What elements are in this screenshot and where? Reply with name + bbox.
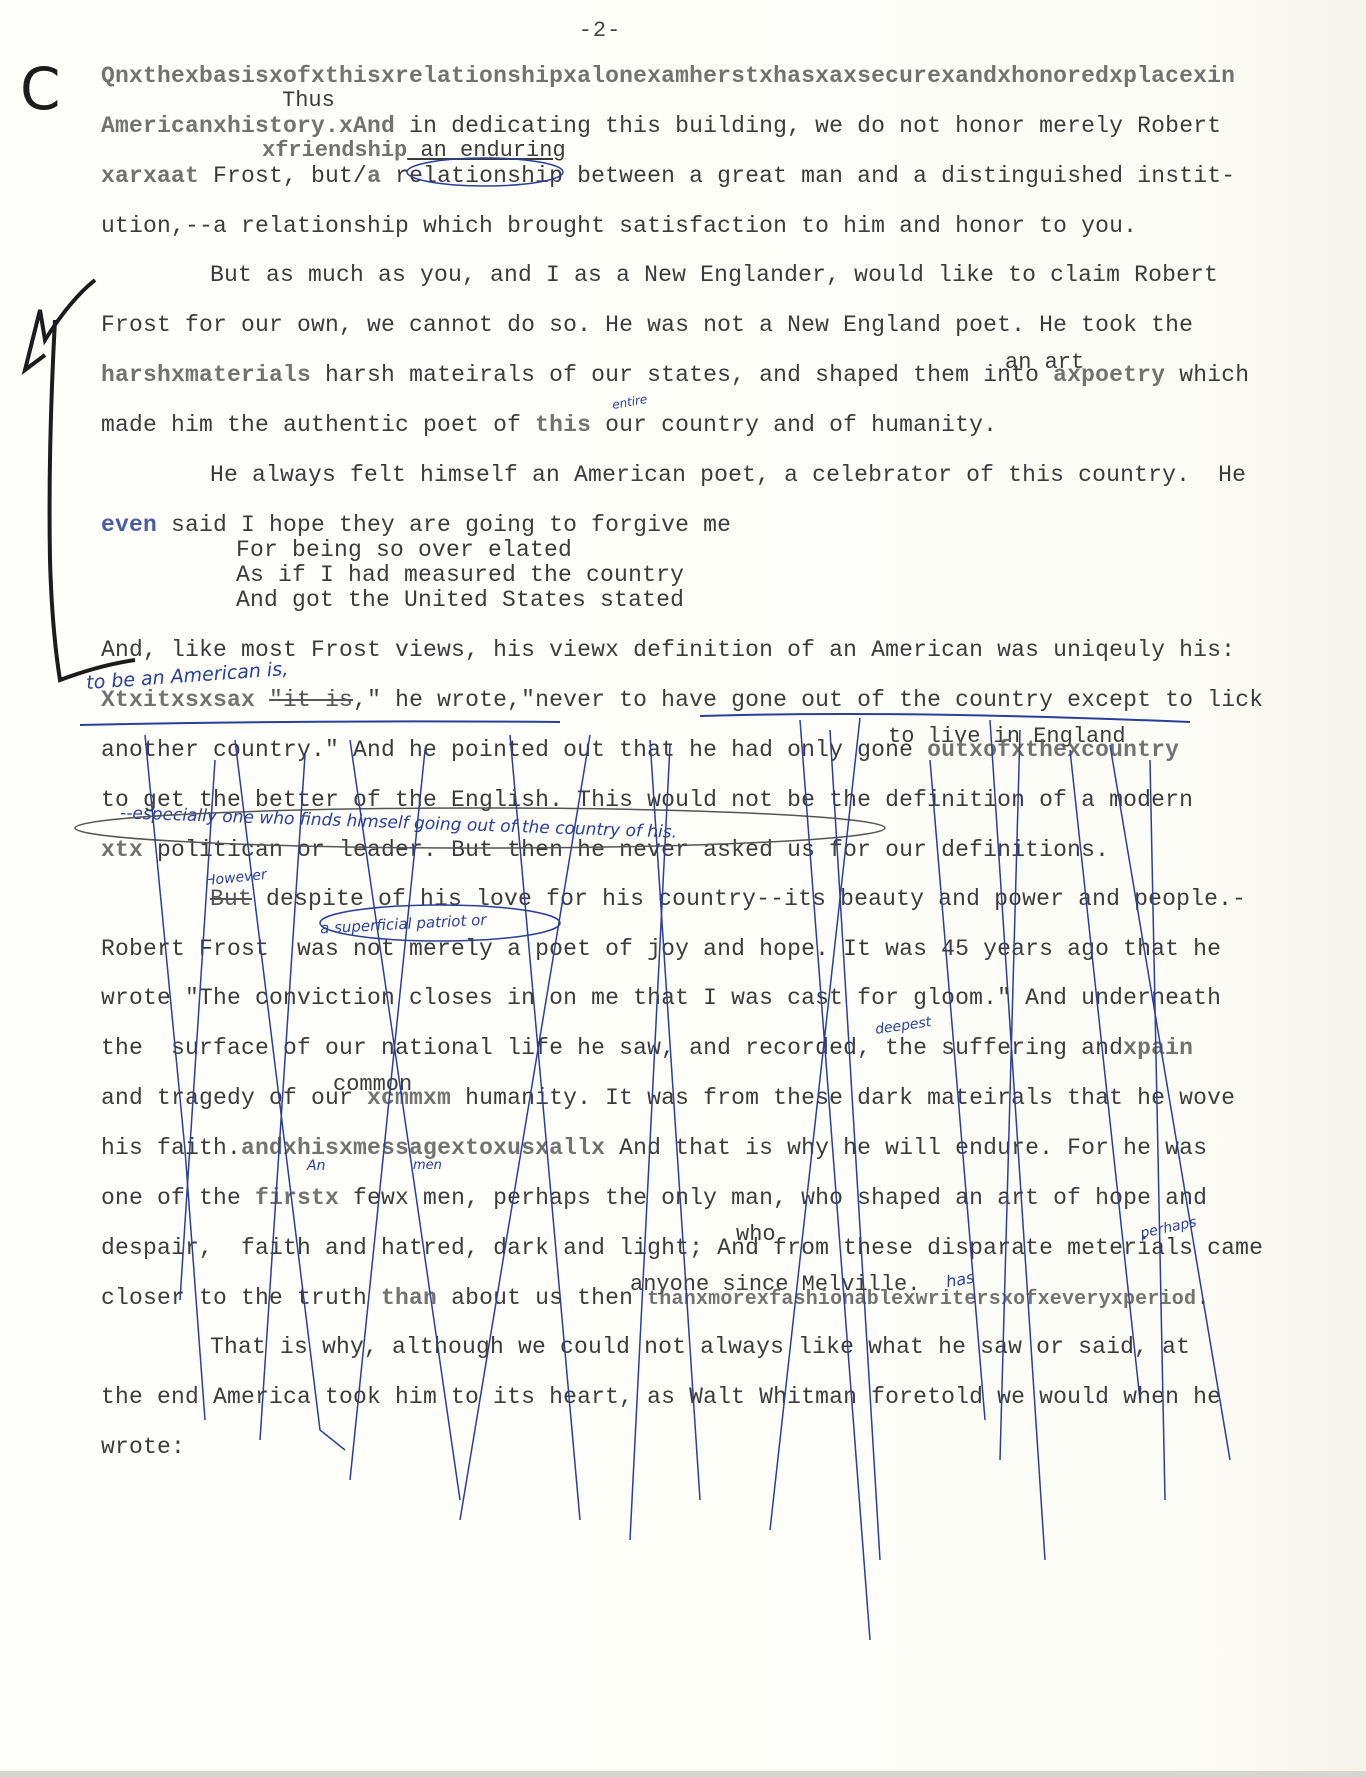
- text-line: even said I hope they are going to forgi…: [101, 512, 731, 538]
- handwritten-note-men: men: [413, 1158, 442, 1173]
- typed-strikeout: firstx: [255, 1185, 339, 1211]
- line-text: harsh mateirals of our states, and shape…: [311, 362, 1053, 388]
- page-bottom-edge: [0, 1771, 1366, 1777]
- line-text: in dedicating this building, we do not h…: [395, 113, 1221, 139]
- text-line: wrote:: [101, 1434, 185, 1460]
- text-line: Americanxhistory.xAnd in dedicating this…: [101, 113, 1221, 139]
- text-line: made him the authentic poet of this our …: [101, 412, 997, 438]
- line-text: the surface of our national life he saw,…: [101, 1035, 1123, 1061]
- typed-strikeout: Qnxthexbasisxofxthisxrelationshipxalonex…: [101, 63, 1235, 89]
- typed-strikeout: a: [367, 163, 381, 189]
- text-line: He always felt himself an American poet,…: [210, 462, 1246, 488]
- handwritten-note-an: An: [307, 1158, 325, 1174]
- ink-strikeout: even: [101, 512, 157, 538]
- typed-strikeout: xtx: [101, 837, 143, 863]
- ink-strikeout: But: [210, 886, 252, 912]
- line-text: about us then: [437, 1285, 647, 1311]
- line-text: fewx men, perhaps the only man, who shap…: [339, 1185, 1207, 1211]
- text-line: xarxaat Frost, but/a relationship betwee…: [101, 163, 1235, 189]
- line-text: and tragedy of our: [101, 1085, 367, 1111]
- text-line: the end America took him to its heart, a…: [101, 1384, 1221, 1410]
- text-line: the surface of our national life he saw,…: [101, 1035, 1193, 1061]
- verse-line: And got the United States stated: [236, 587, 684, 613]
- line-text: ," he wrote,"never to have gone out of t…: [353, 687, 1263, 713]
- handwritten-note-entire: entire: [611, 392, 648, 412]
- line-text: relationship between a great man and a d…: [381, 163, 1235, 189]
- typed-insert-enduring: xfriendship an enduring: [262, 138, 566, 163]
- line-text: our country and of humanity.: [591, 412, 997, 438]
- margin-mark-c: C: [20, 55, 61, 123]
- text-line: But as much as you, and I as a New Engla…: [210, 262, 1218, 288]
- verse-line: For being so over elated: [236, 537, 572, 563]
- typed-strikeout: this: [535, 412, 591, 438]
- typed-strikeout: xcmmxm: [367, 1085, 451, 1111]
- line-text: despite of his love for his country--its…: [252, 886, 1246, 912]
- typed-strikeout: xarxaat: [101, 163, 199, 189]
- typed-strikeout: outxofxthexcountry: [927, 737, 1179, 763]
- insert-text: an enduring: [407, 138, 565, 163]
- text-line: Robert Frost was not merely a poet of jo…: [101, 936, 1221, 962]
- page-number: -2-: [0, 18, 1200, 43]
- text-line: and tragedy of our xcmmxm humanity. It w…: [101, 1085, 1235, 1111]
- typed-strikeout: axpoetry: [1053, 362, 1165, 388]
- text-line: ution,--a relationship which brought sat…: [101, 213, 1137, 239]
- line-text: which: [1165, 362, 1249, 388]
- typed-strikeout: xpain: [1123, 1035, 1193, 1061]
- line-text: made him the authentic poet of: [101, 412, 535, 438]
- ink-strikeout: "it is: [269, 687, 353, 713]
- handwritten-note-superficial: a superficial patriot or: [320, 911, 487, 938]
- text-line: closer to the truth than about us then t…: [101, 1285, 1210, 1311]
- text-line: Frost for our own, we cannot do so. He w…: [101, 312, 1193, 338]
- margin-bracket-icon: [25, 280, 135, 680]
- typed-strikeout: harshxmaterials: [101, 362, 311, 388]
- text-line: despair, faith and hatred, dark and ligh…: [101, 1235, 1263, 1261]
- typed-strikeout: xfriendship: [262, 138, 407, 163]
- text-line: But despite of his love for his country-…: [210, 886, 1246, 912]
- struck-line: Qnxthexbasisxofxthisxrelationshipxalonex…: [101, 63, 1235, 89]
- line-text: humanity. It was from these dark mateira…: [451, 1085, 1235, 1111]
- text-line: That is why, although we could not alway…: [210, 1334, 1190, 1360]
- line-text: said I hope they are going to forgive me: [157, 512, 731, 538]
- text-line: wrote "The conviction closes in on me th…: [101, 985, 1221, 1011]
- line-text: one of the: [101, 1185, 255, 1211]
- line-text: his faith.: [101, 1135, 241, 1161]
- text-line: one of the firstx fewx men, perhaps the …: [101, 1185, 1207, 1211]
- line-text: .: [1196, 1285, 1210, 1311]
- document-page: -2- Qnxthexbasisxofxthisxrelationshipxal…: [0, 0, 1366, 1777]
- text-line: his faith.andxhisxmessagextoxusxallx And…: [101, 1135, 1207, 1161]
- text-line: xtx politican or leader. But then he nev…: [101, 837, 1109, 863]
- line-text: another country." And he pointed out tha…: [101, 737, 927, 763]
- typed-strikeout: Americanxhistory.xAnd: [101, 113, 395, 139]
- line-text: And that is why he will endure. For he w…: [605, 1135, 1207, 1161]
- typed-strikeout: thanxmorexfashionablexwritersxofxeveryxp…: [647, 1288, 1196, 1311]
- text-line: Xtxitxsxsax "it is," he wrote,"never to …: [101, 687, 1263, 713]
- typed-strikeout: than: [381, 1285, 437, 1311]
- line-text: Frost, but/: [199, 163, 367, 189]
- verse-line: As if I had measured the country: [236, 562, 684, 588]
- line-text: closer to the truth: [101, 1285, 381, 1311]
- typed-insert-thus: Thus: [282, 88, 335, 113]
- text-line: another country." And he pointed out tha…: [101, 737, 1179, 763]
- text-line: harshxmaterials harsh mateirals of our s…: [101, 362, 1249, 388]
